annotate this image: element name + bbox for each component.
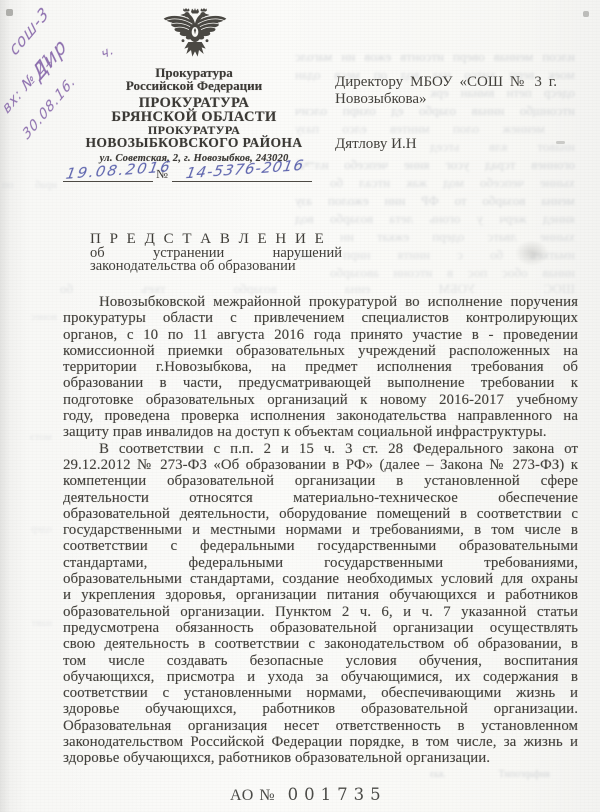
body-line: образовательными стандартами, создание н… bbox=[63, 571, 578, 587]
bleedthrough-text: иинав обос пос в итсонн авозарбо bbox=[330, 266, 575, 281]
body-line: 29.12.2012 № 273-ФЗ «Об образовании в РФ… bbox=[63, 457, 578, 473]
scan-speck bbox=[6, 9, 13, 16]
handwritten-note-line: ч. bbox=[100, 42, 116, 63]
body-line: образовании в части, предусматривающей в… bbox=[63, 375, 578, 391]
body-line: соответствии с федеральными государствен… bbox=[63, 538, 578, 554]
body-line: предусмотрена обязанность образовательно… bbox=[63, 620, 578, 636]
scan-smudge bbox=[515, 240, 549, 266]
org-name-line: БРЯНСКОЙ ОБЛАСТИ bbox=[38, 110, 350, 124]
body-line: компетенции образовательной организации … bbox=[63, 473, 578, 489]
document-body: Новозыбковской межрайонной прокуратурой … bbox=[63, 294, 578, 767]
body-line: образовательной деятельности, оборудован… bbox=[63, 506, 578, 522]
recipient-name: Дятлову И.Н bbox=[335, 136, 557, 153]
body-line: обучающихся, присмотра и ухода за обучаю… bbox=[63, 669, 578, 685]
bleedthrough-text: мотэ bbox=[2, 430, 52, 445]
recipient-line: Директору МБОУ «СОШ № 3 г. bbox=[335, 74, 557, 91]
form-serial-number: 001735 bbox=[288, 785, 387, 804]
bleedthrough-text: вонес bbox=[2, 310, 57, 325]
russia-coat-of-arms-icon bbox=[155, 7, 235, 61]
bleedthrough-text: илсоп меинав оверп итсонтв ежов ин магол… bbox=[295, 50, 575, 65]
recipient-block: Директору МБОУ «СОШ № 3 г. Новозыбкова» … bbox=[335, 74, 557, 153]
body-line: Новозыбковской межрайонной прокуратурой … bbox=[63, 294, 578, 310]
date-number-row: № 19.08.2016 14-5376-2016 bbox=[0, 160, 340, 190]
body-line: подготовке образовательных организаций к… bbox=[63, 392, 578, 408]
body-line: прокуратуры области с привлечением специ… bbox=[63, 310, 578, 326]
bleedthrough-text: меина возарбо то ФР иин ежолоп азу bbox=[295, 194, 575, 209]
body-line: свою деятельность в соответствии с закон… bbox=[63, 636, 578, 652]
scan-speck bbox=[556, 141, 565, 144]
body-line: стандартами, федеральными государственны… bbox=[63, 555, 578, 571]
org-name-line: Российской Федерации bbox=[38, 79, 350, 92]
org-name-line: НОВОЗЫБКОВСКОГО РАЙОНА bbox=[38, 136, 350, 150]
body-line: здоровье обучающихся, работников образов… bbox=[63, 750, 578, 766]
body-line: деятельности относятся материально-техни… bbox=[63, 490, 578, 506]
body-line: комиссионной приемки образовательных учр… bbox=[63, 343, 578, 359]
bleedthrough-text: яифаргопиТ .каз bbox=[430, 768, 550, 783]
body-line: году, проведена проверка исполнения зако… bbox=[63, 408, 578, 424]
bleedthrough-text: яинед жерч у огонь лета возарбо вод bbox=[295, 212, 575, 227]
bleedthrough-text: навт bbox=[2, 616, 52, 631]
letterhead: Прокуратура Российской Федерации ПРОКУРА… bbox=[38, 66, 350, 164]
body-line: и укрепления здоровья, организации питан… bbox=[63, 587, 578, 603]
paragraph: В соответствии с п.п. 2 и 15 ч. 3 ст. 28… bbox=[63, 441, 578, 767]
body-line: Образовательная организация несет ответс… bbox=[63, 718, 578, 734]
handwritten-number: 14-5376-2016 bbox=[185, 156, 306, 183]
body-line: том числе создавать безопасные условия о… bbox=[63, 653, 578, 669]
form-number-stamp: АО №001735 bbox=[230, 785, 387, 805]
body-line: В соответствии с п.п. 2 и 15 ч. 3 ст. 28… bbox=[63, 441, 578, 457]
body-line: государственными и местными нормами и тр… bbox=[63, 522, 578, 538]
form-series: АО № bbox=[230, 787, 276, 804]
scanned-document-page: илсоп меинав оверп итсонтв ежов ин магол… bbox=[0, 0, 600, 812]
body-line: защиту прав инвалидов на доступ к объект… bbox=[63, 424, 578, 440]
bleedthrough-text: хынне чепсебо мод жак итсал бо bbox=[330, 176, 575, 191]
scan-speck bbox=[583, 11, 589, 17]
title-line: законодательства об образовании bbox=[90, 260, 342, 274]
body-line: законодательством Российской Федерации п… bbox=[63, 734, 578, 750]
bleedthrough-text: одер bbox=[2, 522, 52, 537]
body-line: территории г.Новозыбкова, на предмет исп… bbox=[63, 359, 578, 375]
body-line: соответствии с установленными нормами, о… bbox=[63, 685, 578, 701]
paragraph: Новозыбковской межрайонной прокуратурой … bbox=[63, 294, 578, 441]
recipient-line: Новозыбкова» bbox=[335, 91, 557, 108]
body-line: здоровье обучающихся, работников образов… bbox=[63, 701, 578, 717]
org-name-line: ПРОКУРАТУРА bbox=[38, 96, 350, 110]
body-line: органов, с 10 по 11 августа 2016 года пр… bbox=[63, 327, 578, 343]
body-line: образовательной организации. Пунктом 2 ч… bbox=[63, 604, 578, 620]
document-title: П Р Е Д С Т А В Л Е Н И Е об устранении … bbox=[90, 233, 342, 274]
